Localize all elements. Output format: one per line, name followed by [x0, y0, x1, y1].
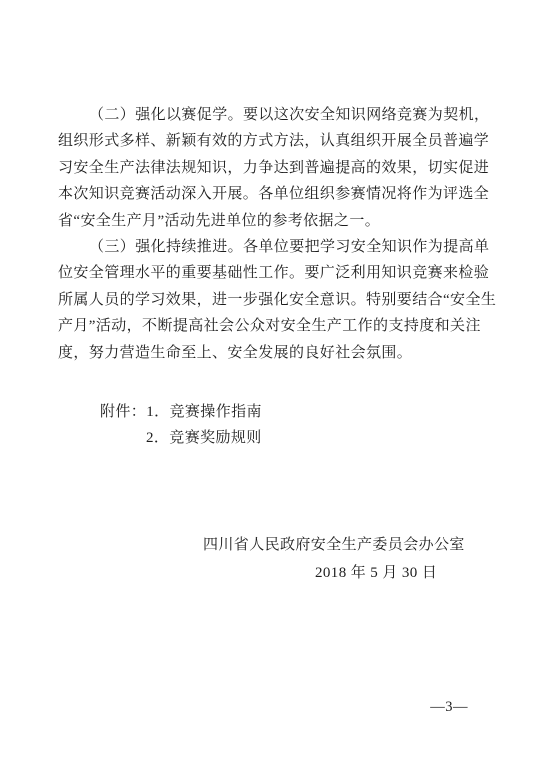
- text-line: （三）强化持续推进。各单位要把学习安全知识作为提高单: [58, 234, 498, 260]
- issuer-name: 四川省人民政府安全生产委员会办公室: [203, 532, 498, 558]
- page-number: —3—: [430, 699, 468, 715]
- document-body: （二）强化以赛促学。要以这次安全知识网络竞赛为契机，组织形式多样、新颖有效的方式…: [58, 102, 498, 586]
- text-line: 产月”活动，不断提高社会公众对安全生产工作的支持度和关注: [58, 313, 498, 339]
- text-line: 所属人员的学习效果，进一步强化安全意识。特别要结合“安全生: [58, 287, 498, 313]
- signature-block: 四川省人民政府安全生产委员会办公室 2018 年 5 月 30 日: [58, 532, 498, 587]
- issue-date: 2018 年 5 月 30 日: [315, 560, 498, 586]
- text-line: 度，努力营造生命至上、安全发展的良好社会氛围。: [58, 340, 498, 366]
- attachments-block: 附件：1．竞赛操作指南 2．竞赛奖励规则: [100, 399, 498, 452]
- text-line: 本次知识竞赛活动深入开展。各单位组织参赛情况将作为评选全: [58, 181, 498, 207]
- document-page: （二）强化以赛促学。要以这次安全知识网络竞赛为契机，组织形式多样、新颖有效的方式…: [0, 0, 553, 782]
- text-line: 习安全生产法律法规知识，力争达到普遍提高的效果，切实促进: [58, 155, 498, 181]
- text-line: 组织形式多样、新颖有效的方式方法，认真组织开展全员普遍学: [58, 128, 498, 154]
- paragraph: （二）强化以赛促学。要以这次安全知识网络竞赛为契机，组织形式多样、新颖有效的方式…: [58, 102, 498, 234]
- attachments-label: 附件：: [100, 404, 146, 420]
- attachment-line: 2．竞赛奖励规则: [146, 425, 498, 451]
- attachment-line: 附件：1．竞赛操作指南: [100, 399, 498, 425]
- paragraph: （三）强化持续推进。各单位要把学习安全知识作为提高单位安全管理水平的重要基础性工…: [58, 234, 498, 366]
- text-line: （二）强化以赛促学。要以这次安全知识网络竞赛为契机，: [58, 102, 498, 128]
- text-line: 位安全管理水平的重要基础性工作。要广泛利用知识竞赛来检验: [58, 260, 498, 286]
- attachment-item-2: 2．竞赛奖励规则: [146, 430, 262, 446]
- text-line: 省“安全生产月”活动先进单位的参考依据之一。: [58, 208, 498, 234]
- attachment-item-1: 1．竞赛操作指南: [146, 404, 262, 420]
